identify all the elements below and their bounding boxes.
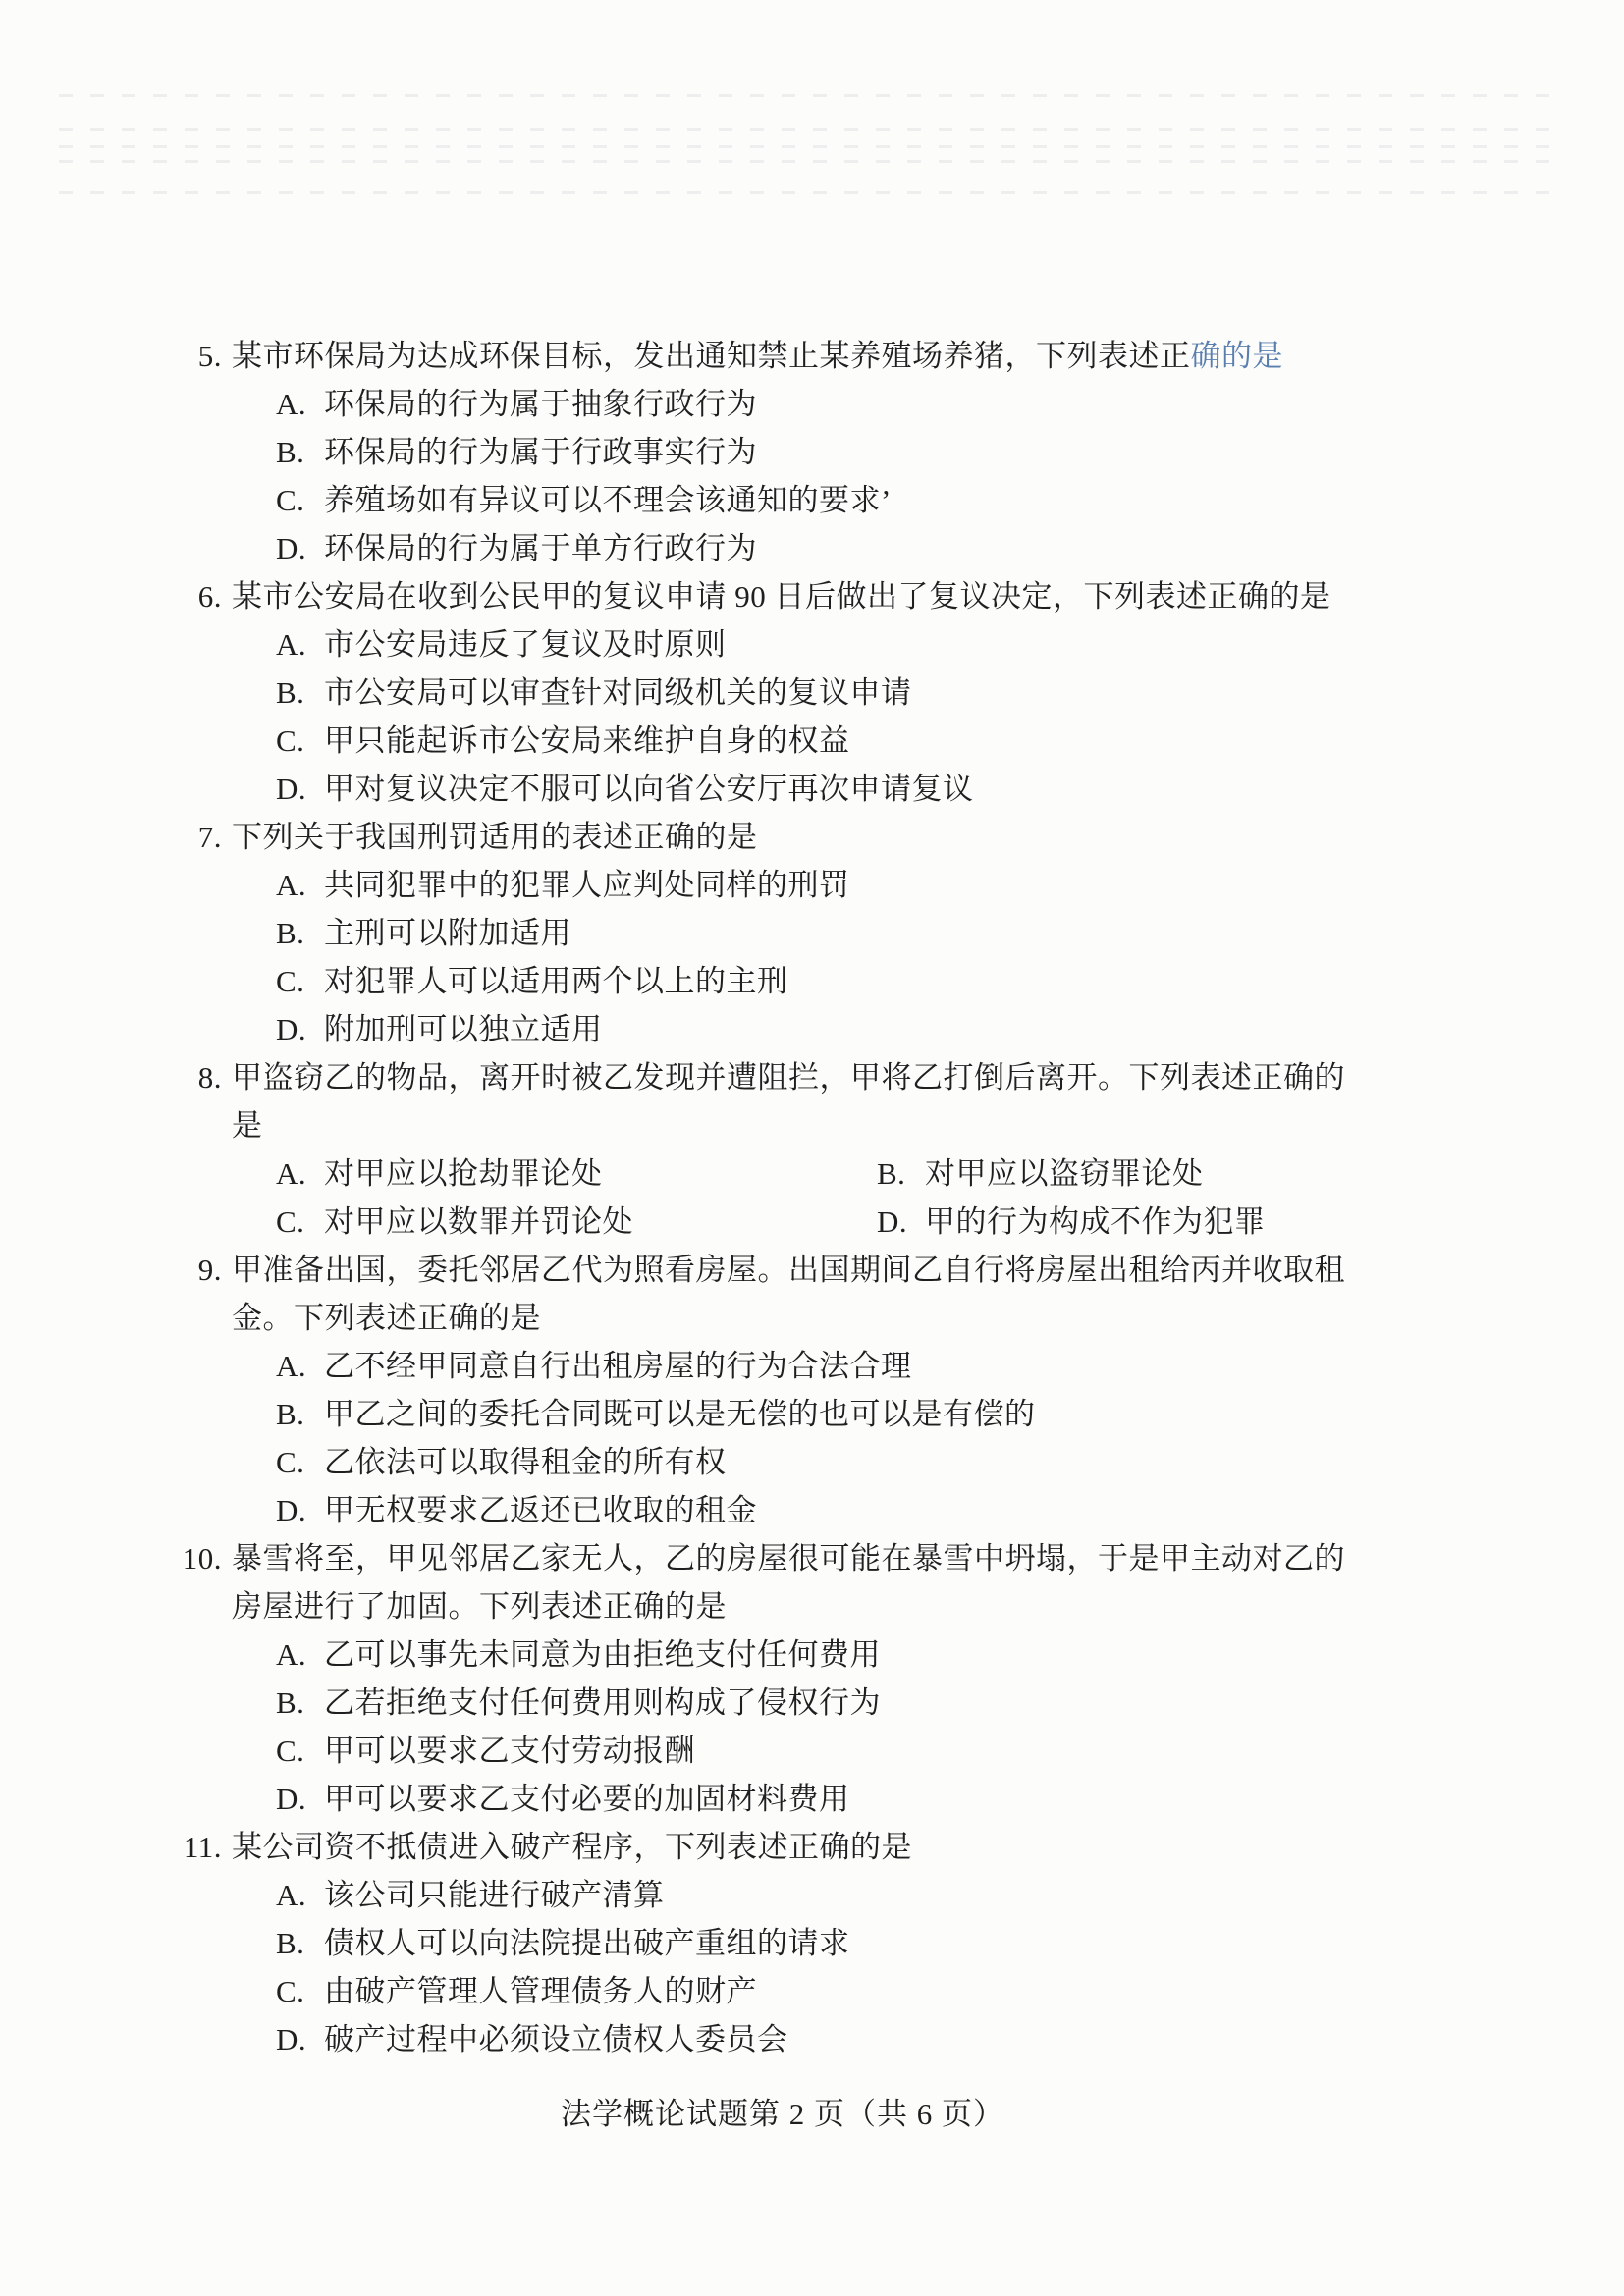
question: 6.某市公安局在收到公民甲的复议申请 90 日后做出了复议决定，下列表述正确的是… [0, 572, 1624, 813]
question-stem-line: 7.下列关于我国刑罚适用的表述正确的是 [0, 813, 1624, 861]
option: A.乙可以事先未同意为由拒绝支付任何费用 [276, 1630, 1624, 1679]
scanned-exam-page: 5.某市环保局为达成环保目标，发出通知禁止某养殖场养猪，下列表述正确的是A.环保… [0, 0, 1624, 2296]
option-text: 甲可以要求乙支付必要的加固材料费用 [324, 1782, 850, 1816]
question-stem-continuation: 是 [232, 1101, 1624, 1149]
option-label: B. [276, 909, 324, 957]
option-label: A. [276, 1630, 324, 1679]
option-text: 对甲应以数罪并罚论处 [324, 1204, 633, 1239]
option: C.对甲应以数罪并罚论处 [276, 1198, 877, 1246]
option: D.破产过程中必须设立债权人委员会 [276, 2015, 1624, 2063]
option-text: 对甲应以盗窃罪论处 [925, 1156, 1204, 1191]
option-text: 对犯罪人可以适用两个以上的主刑 [324, 964, 788, 998]
question-stem: 某市公安局在收到公民甲的复议申请 90 日后做出了复议决定，下列表述正确的是 [232, 572, 1624, 620]
option-line: D.甲对复议决定不服可以向省公安厅再次申请复议 [0, 765, 1624, 813]
option-line: B.甲乙之间的委托合同既可以是无偿的也可以是有偿的 [0, 1390, 1624, 1438]
option: C.甲只能起诉市公安局来维护自身的权益 [276, 717, 1624, 765]
option-text: 市公安局违反了复议及时原则 [324, 627, 727, 662]
question-stem: 甲盗窃乙的物品，离开时被乙发现并遭阻拦，甲将乙打倒后离开。下列表述正确的 [232, 1053, 1624, 1101]
question-stem-continuation: 房屋进行了加固。下列表述正确的是 [232, 1582, 1624, 1630]
option-label: B. [877, 1149, 925, 1198]
stem-text: 暴雪将至，甲见邻居乙家无人，乙的房屋很可能在暴雪中坍塌，于是甲主动对乙的 [232, 1541, 1345, 1575]
option: A.该公司只能进行破产清算 [276, 1871, 1624, 1919]
question-stem-line: 9.甲准备出国，委托邻居乙代为照看房屋。出国期间乙自行将房屋出租给丙并收取租 [0, 1246, 1624, 1294]
option-label: C. [276, 957, 324, 1005]
option: B.乙若拒绝支付任何费用则构成了侵权行为 [276, 1679, 1624, 1727]
option-label: D. [276, 1486, 324, 1534]
option: C.对犯罪人可以适用两个以上的主刑 [276, 957, 1624, 1005]
option: D.甲的行为构成不作为犯罪 [877, 1198, 1266, 1246]
option-text: 甲可以要求乙支付劳动报酬 [324, 1734, 695, 1768]
option-text: 环保局的行为属于行政事实行为 [324, 435, 757, 469]
question-stem-line: 10.暴雪将至，甲见邻居乙家无人，乙的房屋很可能在暴雪中坍塌，于是甲主动对乙的 [0, 1534, 1624, 1582]
option-line: A.乙可以事先未同意为由拒绝支付任何费用 [0, 1630, 1624, 1679]
option: D.环保局的行为属于单方行政行为 [276, 524, 1624, 572]
option-line: C.养殖场如有异议可以不理会该通知的要求’ [0, 476, 1624, 524]
question: 10.暴雪将至，甲见邻居乙家无人，乙的房屋很可能在暴雪中坍塌，于是甲主动对乙的房… [0, 1534, 1624, 1823]
option-line: A.市公安局违反了复议及时原则 [0, 620, 1624, 668]
option-text: 环保局的行为属于抽象行政行为 [324, 387, 757, 421]
option-label: C. [276, 717, 324, 765]
option: A.市公安局违反了复议及时原则 [276, 620, 1624, 668]
option-text: 对甲应以抢劫罪论处 [324, 1156, 603, 1191]
question-number: 5. [147, 332, 222, 380]
question-stem-line: 金。下列表述正确的是 [0, 1294, 1624, 1342]
option: B.市公安局可以审查针对同级机关的复议申请 [276, 668, 1624, 717]
stem-text: 金。下列表述正确的是 [232, 1301, 541, 1335]
question-number: 7. [147, 813, 222, 861]
question-number: 11. [147, 1823, 222, 1871]
question: 7.下列关于我国刑罚适用的表述正确的是A.共同犯罪中的犯罪人应判处同样的刑罚B.… [0, 813, 1624, 1053]
question-stem-line: 6.某市公安局在收到公民甲的复议申请 90 日后做出了复议决定，下列表述正确的是 [0, 572, 1624, 620]
stem-text: 某公司资不抵债进入破产程序，下列表述正确的是 [232, 1830, 912, 1864]
option-text: 共同犯罪中的犯罪人应判处同样的刑罚 [324, 868, 850, 902]
page-footer: 法学概论试题第 2 页（共 6 页） [59, 2089, 1506, 2133]
option: A.共同犯罪中的犯罪人应判处同样的刑罚 [276, 861, 1624, 909]
option-label: A. [276, 1342, 324, 1390]
option-label: D. [276, 2015, 324, 2063]
question: 8.甲盗窃乙的物品，离开时被乙发现并遭阻拦，甲将乙打倒后离开。下列表述正确的是A… [0, 1053, 1624, 1246]
option-label: C. [276, 1727, 324, 1775]
question-stem-line: 房屋进行了加固。下列表述正确的是 [0, 1582, 1624, 1630]
stem-text: 房屋进行了加固。下列表述正确的是 [232, 1589, 727, 1624]
question-stem: 下列关于我国刑罚适用的表述正确的是 [232, 813, 1624, 861]
option: C.由破产管理人管理债务人的财产 [276, 1967, 1624, 2015]
option-text: 甲乙之间的委托合同既可以是无偿的也可以是有偿的 [324, 1397, 1036, 1431]
option: A.环保局的行为属于抽象行政行为 [276, 380, 1624, 428]
option-line: A.该公司只能进行破产清算 [0, 1871, 1624, 1919]
option-line: A.乙不经甲同意自行出租房屋的行为合法合理 [0, 1342, 1624, 1390]
question: 5.某市环保局为达成环保目标，发出通知禁止某养殖场养猪，下列表述正确的是A.环保… [0, 332, 1624, 572]
option: C.乙依法可以取得租金的所有权 [276, 1438, 1624, 1486]
option-label: B. [276, 1390, 324, 1438]
option-line: A.共同犯罪中的犯罪人应判处同样的刑罚 [0, 861, 1624, 909]
option-line: D.甲可以要求乙支付必要的加固材料费用 [0, 1775, 1624, 1823]
option-label: B. [276, 668, 324, 717]
option: A.乙不经甲同意自行出租房屋的行为合法合理 [276, 1342, 1624, 1390]
option-line: C.甲只能起诉市公安局来维护自身的权益 [0, 717, 1624, 765]
question-stem: 甲准备出国，委托邻居乙代为照看房屋。出国期间乙自行将房屋出租给丙并收取租 [232, 1246, 1624, 1294]
option-label: D. [276, 1775, 324, 1823]
option-text: 乙可以事先未同意为由拒绝支付任何费用 [324, 1637, 881, 1672]
option-line: D.环保局的行为属于单方行政行为 [0, 524, 1624, 572]
option: D.甲无权要求乙返还已收取的租金 [276, 1486, 1624, 1534]
option-text: 由破产管理人管理债务人的财产 [324, 1974, 757, 2008]
question-number: 6. [147, 572, 222, 620]
question-stem-line: 11.某公司资不抵债进入破产程序，下列表述正确的是 [0, 1823, 1624, 1871]
option-text: 乙若拒绝支付任何费用则构成了侵权行为 [324, 1685, 881, 1720]
scan-artifact-band [59, 160, 1565, 163]
scan-artifact-band [59, 145, 1565, 148]
option-line: D.破产过程中必须设立债权人委员会 [0, 2015, 1624, 2063]
question-stem: 某公司资不抵债进入破产程序，下列表述正确的是 [232, 1823, 1624, 1871]
question-stem: 某市环保局为达成环保目标，发出通知禁止某养殖场养猪，下列表述正确的是 [232, 332, 1624, 380]
option-line: B.债权人可以向法院提出破产重组的请求 [0, 1919, 1624, 1967]
option-text: 破产过程中必须设立债权人委员会 [324, 2022, 788, 2056]
option-text: 甲只能起诉市公安局来维护自身的权益 [324, 723, 850, 758]
option-label: A. [276, 861, 324, 909]
option-label: D. [276, 524, 324, 572]
option-text: 该公司只能进行破产清算 [324, 1878, 665, 1912]
option: D.附加刑可以独立适用 [276, 1005, 1624, 1053]
question-number: 9. [147, 1246, 222, 1294]
option-line: A.环保局的行为属于抽象行政行为 [0, 380, 1624, 428]
option-line: B.环保局的行为属于行政事实行为 [0, 428, 1624, 476]
option-row: A.对甲应以抢劫罪论处B.对甲应以盗窃罪论处 [276, 1149, 1624, 1198]
option-line: C.甲可以要求乙支付劳动报酬 [0, 1727, 1624, 1775]
option-line: C.由破产管理人管理债务人的财产 [0, 1967, 1624, 2015]
option-line: C.乙依法可以取得租金的所有权 [0, 1438, 1624, 1486]
option-text: 市公安局可以审查针对同级机关的复议申请 [324, 675, 912, 710]
option-text: 主刑可以附加适用 [324, 916, 571, 950]
option-text: 甲对复议决定不服可以向省公安厅再次申请复议 [324, 772, 974, 806]
option: B.环保局的行为属于行政事实行为 [276, 428, 1624, 476]
option-label: D. [276, 1005, 324, 1053]
option-label: C. [276, 1438, 324, 1486]
scan-artifact-band [59, 128, 1565, 131]
option-row: C.对甲应以数罪并罚论处D.甲的行为构成不作为犯罪 [276, 1198, 1624, 1246]
option: D.甲可以要求乙支付必要的加固材料费用 [276, 1775, 1624, 1823]
option-label: D. [276, 765, 324, 813]
option: A.对甲应以抢劫罪论处 [276, 1149, 877, 1198]
option-line: B.主刑可以附加适用 [0, 909, 1624, 957]
stem-text: 某市公安局在收到公民甲的复议申请 90 日后做出了复议决定，下列表述正确的是 [232, 579, 1331, 614]
option-text: 债权人可以向法院提出破产重组的请求 [324, 1926, 850, 1960]
question: 11.某公司资不抵债进入破产程序，下列表述正确的是A.该公司只能进行破产清算B.… [0, 1823, 1624, 2063]
option-label: B. [276, 428, 324, 476]
scan-artifact-band [59, 94, 1565, 97]
option-label: C. [276, 476, 324, 524]
option-text: 乙依法可以取得租金的所有权 [324, 1445, 727, 1479]
option-label: A. [276, 380, 324, 428]
option: C.甲可以要求乙支付劳动报酬 [276, 1727, 1624, 1775]
option-label: B. [276, 1919, 324, 1967]
option-label: A. [276, 620, 324, 668]
option-text: 附加刑可以独立适用 [324, 1012, 603, 1046]
stem-text: 是 [232, 1108, 263, 1143]
question-number: 8. [147, 1053, 222, 1101]
option-label: B. [276, 1679, 324, 1727]
question-stem-line: 8.甲盗窃乙的物品，离开时被乙发现并遭阻拦，甲将乙打倒后离开。下列表述正确的 [0, 1053, 1624, 1101]
option-line: C.对犯罪人可以适用两个以上的主刑 [0, 957, 1624, 1005]
stem-tinted-text: 确的是 [1191, 339, 1284, 373]
option: D.甲对复议决定不服可以向省公安厅再次申请复议 [276, 765, 1624, 813]
question-stem-line: 5.某市环保局为达成环保目标，发出通知禁止某养殖场养猪，下列表述正确的是 [0, 332, 1624, 380]
option-line: D.甲无权要求乙返还已收取的租金 [0, 1486, 1624, 1534]
option-line: B.市公安局可以审查针对同级机关的复议申请 [0, 668, 1624, 717]
option: B.甲乙之间的委托合同既可以是无偿的也可以是有偿的 [276, 1390, 1624, 1438]
option-label: D. [877, 1198, 925, 1246]
option-text: 甲无权要求乙返还已收取的租金 [324, 1493, 757, 1527]
question: 9.甲准备出国，委托邻居乙代为照看房屋。出国期间乙自行将房屋出租给丙并收取租金。… [0, 1246, 1624, 1534]
option-text: 甲的行为构成不作为犯罪 [925, 1204, 1266, 1239]
stem-text: 下列关于我国刑罚适用的表述正确的是 [232, 820, 758, 854]
option-text: 乙不经甲同意自行出租房屋的行为合法合理 [324, 1349, 912, 1383]
option-line: D.附加刑可以独立适用 [0, 1005, 1624, 1053]
questions: 5.某市环保局为达成环保目标，发出通知禁止某养殖场养猪，下列表述正确的是A.环保… [0, 332, 1624, 2063]
stem-text: 甲准备出国，委托邻居乙代为照看房屋。出国期间乙自行将房屋出租给丙并收取租 [232, 1253, 1345, 1287]
stem-text: 甲盗窃乙的物品，离开时被乙发现并遭阻拦，甲将乙打倒后离开。下列表述正确的 [232, 1060, 1345, 1095]
option: B.主刑可以附加适用 [276, 909, 1624, 957]
question-stem-continuation: 金。下列表述正确的是 [232, 1294, 1624, 1342]
option: C.养殖场如有异议可以不理会该通知的要求’ [276, 476, 1624, 524]
scan-artifact-band [59, 191, 1565, 194]
option-label: A. [276, 1149, 324, 1198]
option-line: B.乙若拒绝支付任何费用则构成了侵权行为 [0, 1679, 1624, 1727]
option: B.债权人可以向法院提出破产重组的请求 [276, 1919, 1624, 1967]
option-text: 环保局的行为属于单方行政行为 [324, 531, 757, 565]
question-number: 10. [147, 1534, 222, 1582]
option-label: C. [276, 1967, 324, 2015]
option: B.对甲应以盗窃罪论处 [877, 1149, 1204, 1198]
question-stem-line: 是 [0, 1101, 1624, 1149]
stem-text: 某市环保局为达成环保目标，发出通知禁止某养殖场养猪，下列表述正 [232, 339, 1191, 373]
option-label: A. [276, 1871, 324, 1919]
question-stem: 暴雪将至，甲见邻居乙家无人，乙的房屋很可能在暴雪中坍塌，于是甲主动对乙的 [232, 1534, 1624, 1582]
option-label: C. [276, 1198, 324, 1246]
option-text: 养殖场如有异议可以不理会该通知的要求’ [324, 483, 892, 517]
